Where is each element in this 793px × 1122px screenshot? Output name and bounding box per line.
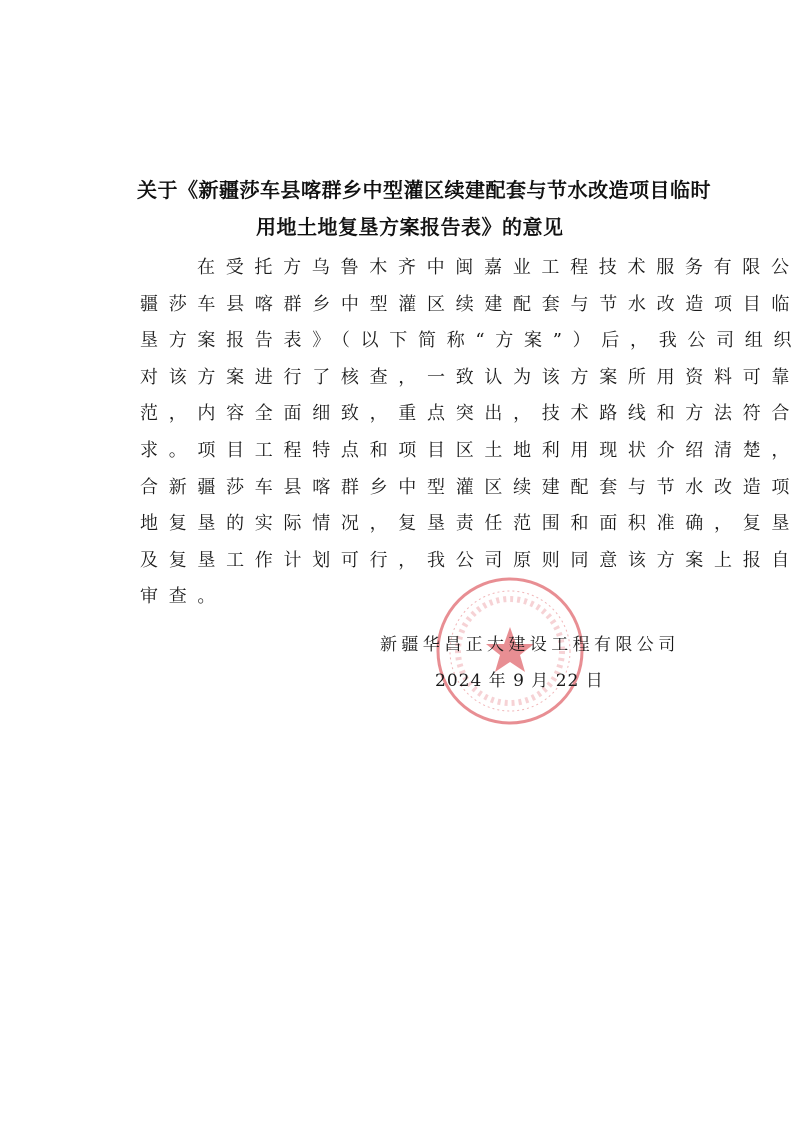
signature-company: 新疆华昌正大建设工程有限公司 bbox=[380, 630, 680, 655]
body-line: 垦方案报告表》（以下简称“方案”）后，我公司组织相关部门人员 bbox=[140, 323, 670, 360]
title-line-2: 用地土地复垦方案报告表》的意见 bbox=[256, 209, 564, 246]
body-line: 疆莎车县喀群乡中型灌区续建配套与节水改造项目临时用地土地复 bbox=[140, 287, 670, 324]
body-line: 范，内容全面细致，重点突出，技术路线和方法符合相关技术标准要 bbox=[140, 396, 670, 433]
body-line: 求。项目工程特点和项目区土地利用现状介绍清楚，复垦方案基本符 bbox=[140, 433, 670, 470]
title-line-1: 关于《新疆莎车县喀群乡中型灌区续建配套与节水改造项目临时 bbox=[137, 172, 711, 209]
body-line: 在受托方乌鲁木齐中闽嘉业工程技术服务有限公司编制完成《新 bbox=[140, 250, 670, 287]
body-line: 地复垦的实际情况，复垦责任范围和面积准确，复垦措施、复垦标准 bbox=[140, 506, 670, 543]
signature-date: 2024 年 9 月 22 日 bbox=[435, 666, 604, 691]
body-line: 审查。 bbox=[140, 579, 670, 616]
body-line: 及复垦工作计划可行，我公司原则同意该方案上报自然资源主管部门 bbox=[140, 543, 670, 580]
body-line: 对该方案进行了核查，一致认为该方案所用资料可靠、详实，编制规 bbox=[140, 360, 670, 397]
body-line: 合新疆莎车县喀群乡中型灌区续建配套与节水改造项目临时用地土 bbox=[140, 470, 670, 507]
body-paragraph: 在受托方乌鲁木齐中闽嘉业工程技术服务有限公司编制完成《新 疆莎车县喀群乡中型灌区… bbox=[140, 250, 670, 616]
